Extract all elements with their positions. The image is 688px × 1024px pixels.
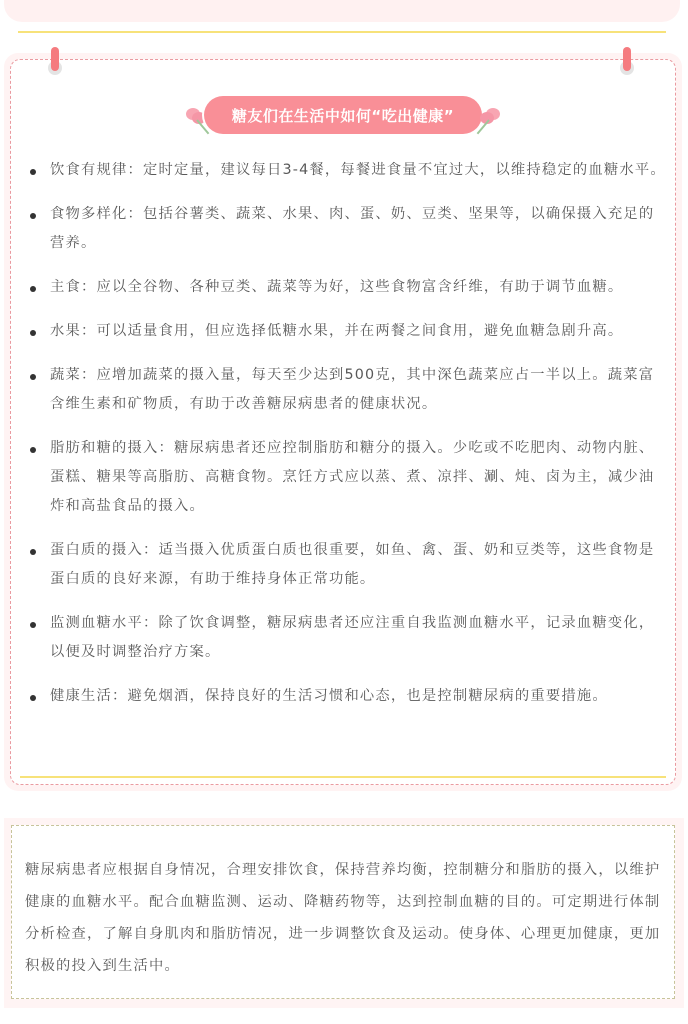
tip-item: 脂肪和糖的摄入：糖尿病患者还应控制脂肪和糖分的摄入。少吃或不吃肥肉、动物内脏、蛋… [26,434,668,521]
pin-left-icon [46,47,66,79]
bottom-divider [20,776,666,778]
summary-text: 糖尿病患者应根据自身情况，合理安排饮食，保持营养均衡，控制糖分和脂肪的摄入，以维… [25,854,665,982]
tip-item: 饮食有规律：定时定量，建议每日3-4餐，每餐进食量不宜过大，以维持稳定的血糖水平… [26,156,668,185]
pin-right-icon [618,47,638,79]
tip-item: 健康生活：避免烟酒，保持良好的生活习惯和心态，也是控制糖尿病的重要措施。 [26,682,668,711]
tips-list: 饮食有规律：定时定量，建议每日3-4餐，每餐进食量不宜过大，以维持稳定的血糖水平… [26,156,668,726]
tip-item: 蛋白质的摄入：适当摄入优质蛋白质也很重要，如鱼、禽、蛋、奶和豆类等，这些食物是蛋… [26,536,668,594]
flower-right-icon [478,108,504,138]
summary-card-inner: 糖尿病患者应根据自身情况，合理安排饮食，保持营养均衡，控制糖分和脂肪的摄入，以维… [11,825,675,999]
section-title: 糖友们在生活中如何“吃出健康” [204,96,482,134]
summary-card: 糖尿病患者应根据自身情况，合理安排饮食，保持营养均衡，控制糖分和脂肪的摄入，以维… [4,818,684,1008]
tip-item: 监测血糖水平：除了饮食调整，糖尿病患者还应注重自我监测血糖水平，记录血糖变化，以… [26,609,668,667]
tip-item: 蔬菜：应增加蔬菜的摄入量，每天至少达到500克，其中深色蔬菜应占一半以上。蔬菜富… [26,361,668,419]
tip-item: 食物多样化：包括谷薯类、蔬菜、水果、肉、蛋、奶、豆类、坚果等，以确保摄入充足的营… [26,200,668,258]
top-card [4,0,680,22]
tip-item: 水果：可以适量食用，但应选择低糖水果，并在两餐之间食用，避免血糖急剧升高。 [26,317,668,346]
top-divider [18,31,666,33]
section-title-banner: 糖友们在生活中如何“吃出健康” [184,94,504,144]
tip-item: 主食：应以全谷物、各种豆类、蔬菜等为好，这些食物富含纤维，有助于调节血糖。 [26,273,668,302]
